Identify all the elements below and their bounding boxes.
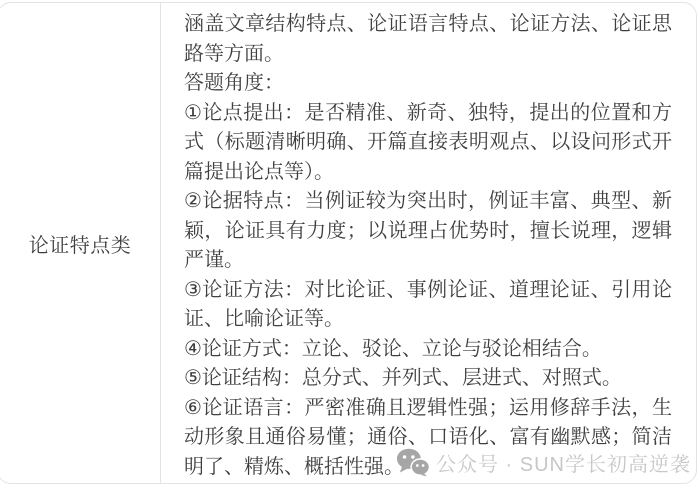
watermark-text: 公众号 · SUN学长初高逆袭: [436, 448, 691, 477]
content-paragraph: ②论据特点：当例证较为突出时，例证丰富、典型、新颖，论证具有力度；以说理占优势时…: [184, 187, 672, 276]
table-content-cell: 涵盖文章结构特点、论证语言特点、论证方法、论证思路等方面。 答题角度： ①论点提…: [161, 2, 697, 484]
wechat-icon: [396, 447, 429, 477]
content-paragraph: ③论证方法：对比论证、事例论证、道理论证、引用论证、比喻论证等。: [184, 276, 672, 335]
content-paragraph: ⑤论证结构：总分式、并列式、层进式、对照式。: [184, 364, 672, 394]
content-paragraph: 涵盖文章结构特点、论证语言特点、论证方法、论证思路等方面。: [184, 10, 672, 69]
content-paragraph: ①论点提出：是否精准、新奇、独特，提出的位置和方式（标题清晰明确、开篇直接表明观…: [184, 99, 672, 188]
row-label: 论证特点类: [29, 229, 132, 258]
content-paragraph: 答题角度：: [184, 69, 672, 99]
watermark: 公众号 · SUN学长初高逆袭: [396, 447, 691, 477]
content-paragraph: ④论证方式：立论、驳论、立论与驳论相结合。: [184, 335, 672, 365]
page: 论证特点类 涵盖文章结构特点、论证语言特点、论证方法、论证思路等方面。 答题角度…: [0, 0, 698, 490]
table-row-label-cell: 论证特点类: [0, 2, 160, 484]
